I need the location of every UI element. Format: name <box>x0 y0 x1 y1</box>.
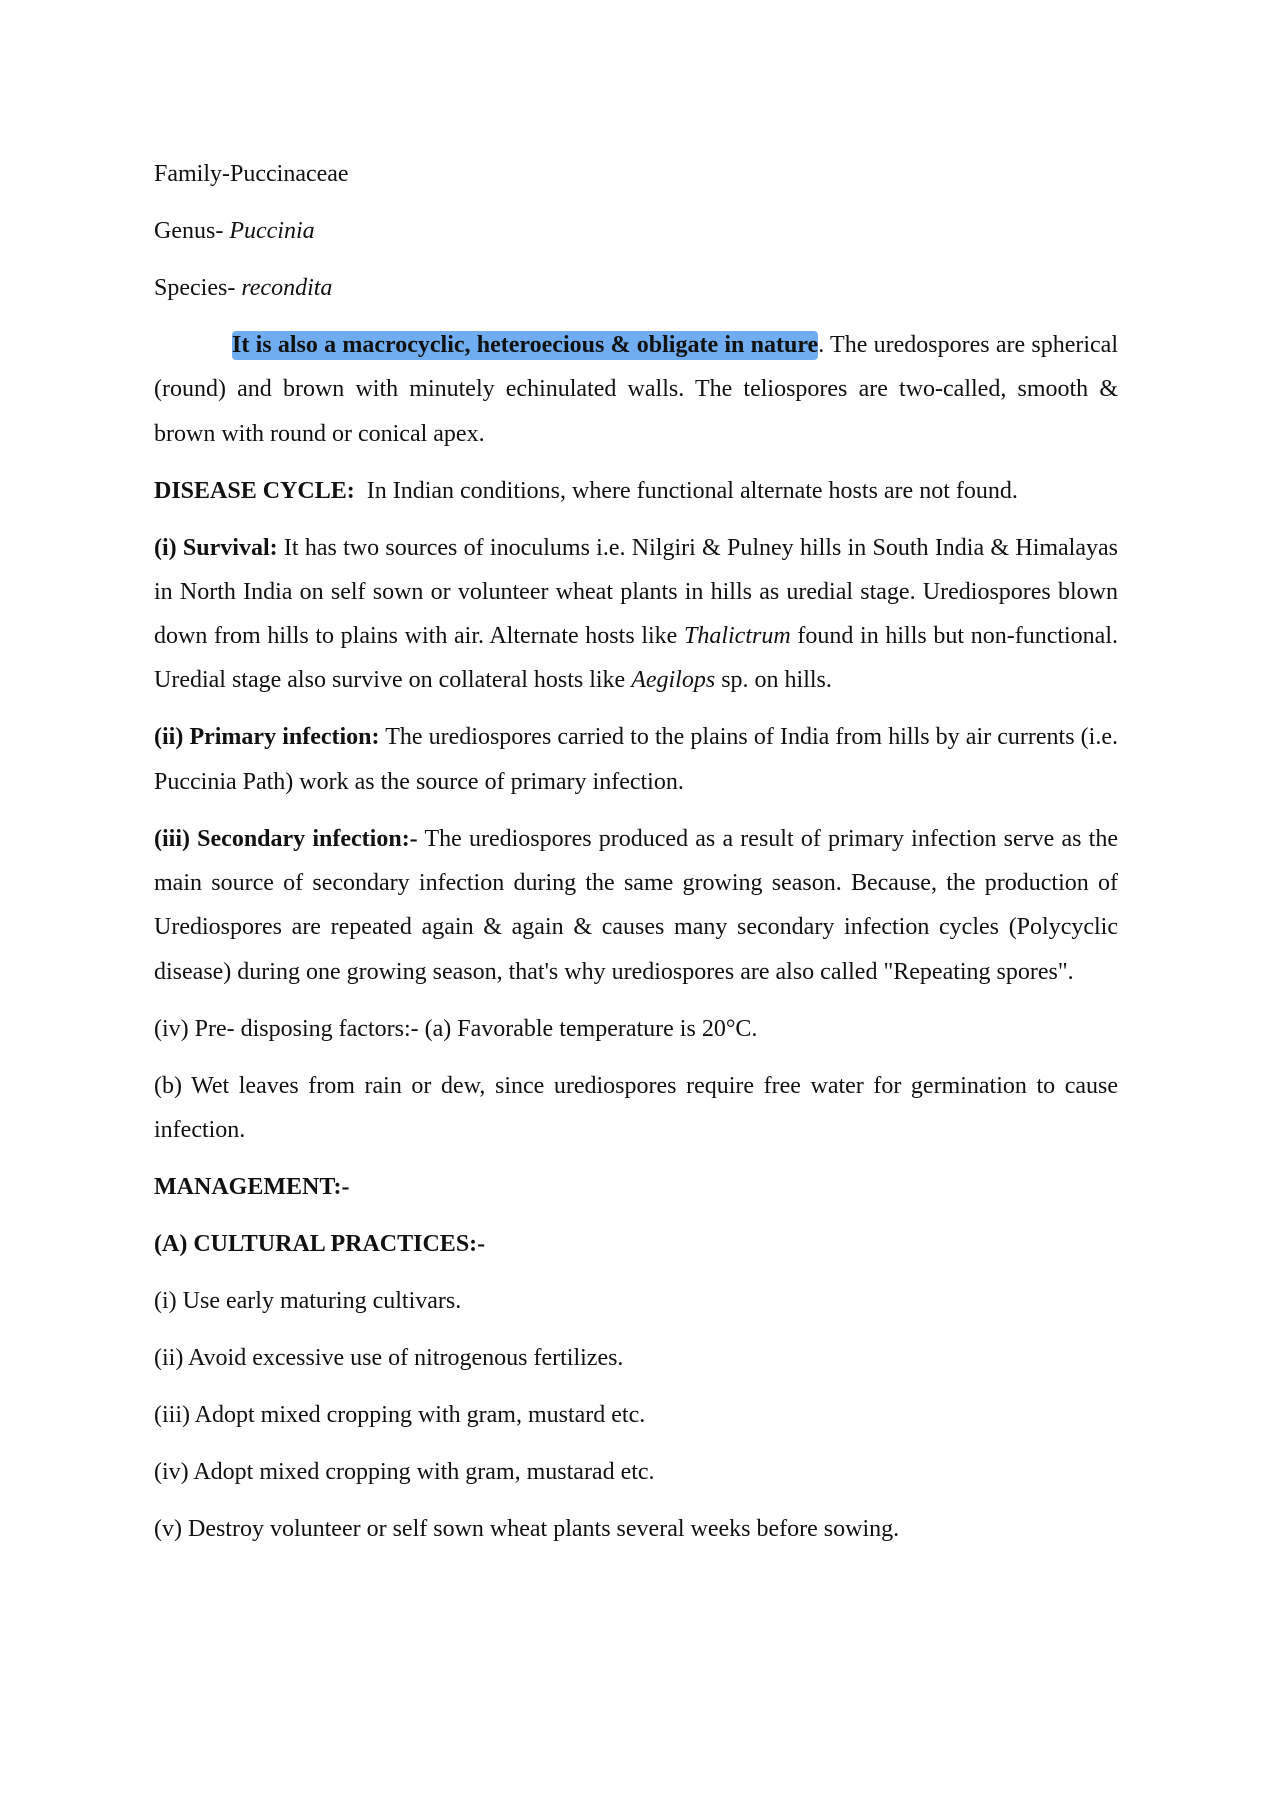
highlighted-selection[interactable]: It is also a macrocyclic, heteroecious &… <box>232 331 818 360</box>
management-heading: MANAGEMENT:- <box>154 1165 1118 1209</box>
survival-italic-1: Thalictrum <box>684 623 791 649</box>
management-item: (i) Use early maturing cultivars. <box>154 1279 1118 1323</box>
management-item: (iii) Adopt mixed cropping with gram, mu… <box>154 1393 1118 1437</box>
management-item: (v) Destroy volunteer or self sown wheat… <box>154 1507 1118 1551</box>
disease-cycle-intro: In Indian conditions, where functional a… <box>355 478 1018 504</box>
primary-infection-paragraph: (ii) Primary infection: The urediospores… <box>154 715 1118 804</box>
document-page: Family-Puccinaceae Genus- Puccinia Speci… <box>154 152 1118 1564</box>
genus-line: Genus- Puccinia <box>154 209 1118 253</box>
family-label: Family- <box>154 161 230 187</box>
management-item: (iv) Adopt mixed cropping with gram, mus… <box>154 1450 1118 1494</box>
predisposing-factor-b: (b) Wet leaves from rain or dew, since u… <box>154 1064 1118 1153</box>
species-value: recondita <box>241 275 332 301</box>
management-item: (ii) Avoid excessive use of nitrogenous … <box>154 1336 1118 1380</box>
primary-infection-label: (ii) Primary infection: <box>154 724 380 750</box>
species-label: Species- <box>154 275 241 301</box>
species-line: Species- recondita <box>154 266 1118 310</box>
disease-cycle-line: DISEASE CYCLE: In Indian conditions, whe… <box>154 469 1118 513</box>
predisposing-factors-line: (iv) Pre- disposing factors:- (a) Favora… <box>154 1007 1118 1051</box>
secondary-infection-label: (iii) Secondary infection:- <box>154 826 418 852</box>
family-line: Family-Puccinaceae <box>154 152 1118 196</box>
survival-text-3: sp. on hills. <box>715 667 832 693</box>
survival-paragraph: (i) Survival: It has two sources of inoc… <box>154 526 1118 703</box>
disease-cycle-heading: DISEASE CYCLE: <box>154 478 355 504</box>
secondary-infection-paragraph: (iii) Secondary infection:- The urediosp… <box>154 817 1118 994</box>
genus-value: Puccinia <box>229 218 314 244</box>
cultural-practices-heading: (A) CULTURAL PRACTICES:- <box>154 1222 1118 1266</box>
family-value: Puccinaceae <box>230 161 349 187</box>
survival-italic-2: Aegilops <box>631 667 715 693</box>
description-paragraph: It is also a macrocyclic, heteroecious &… <box>154 323 1118 456</box>
genus-label: Genus- <box>154 218 229 244</box>
survival-label: (i) Survival: <box>154 535 278 561</box>
